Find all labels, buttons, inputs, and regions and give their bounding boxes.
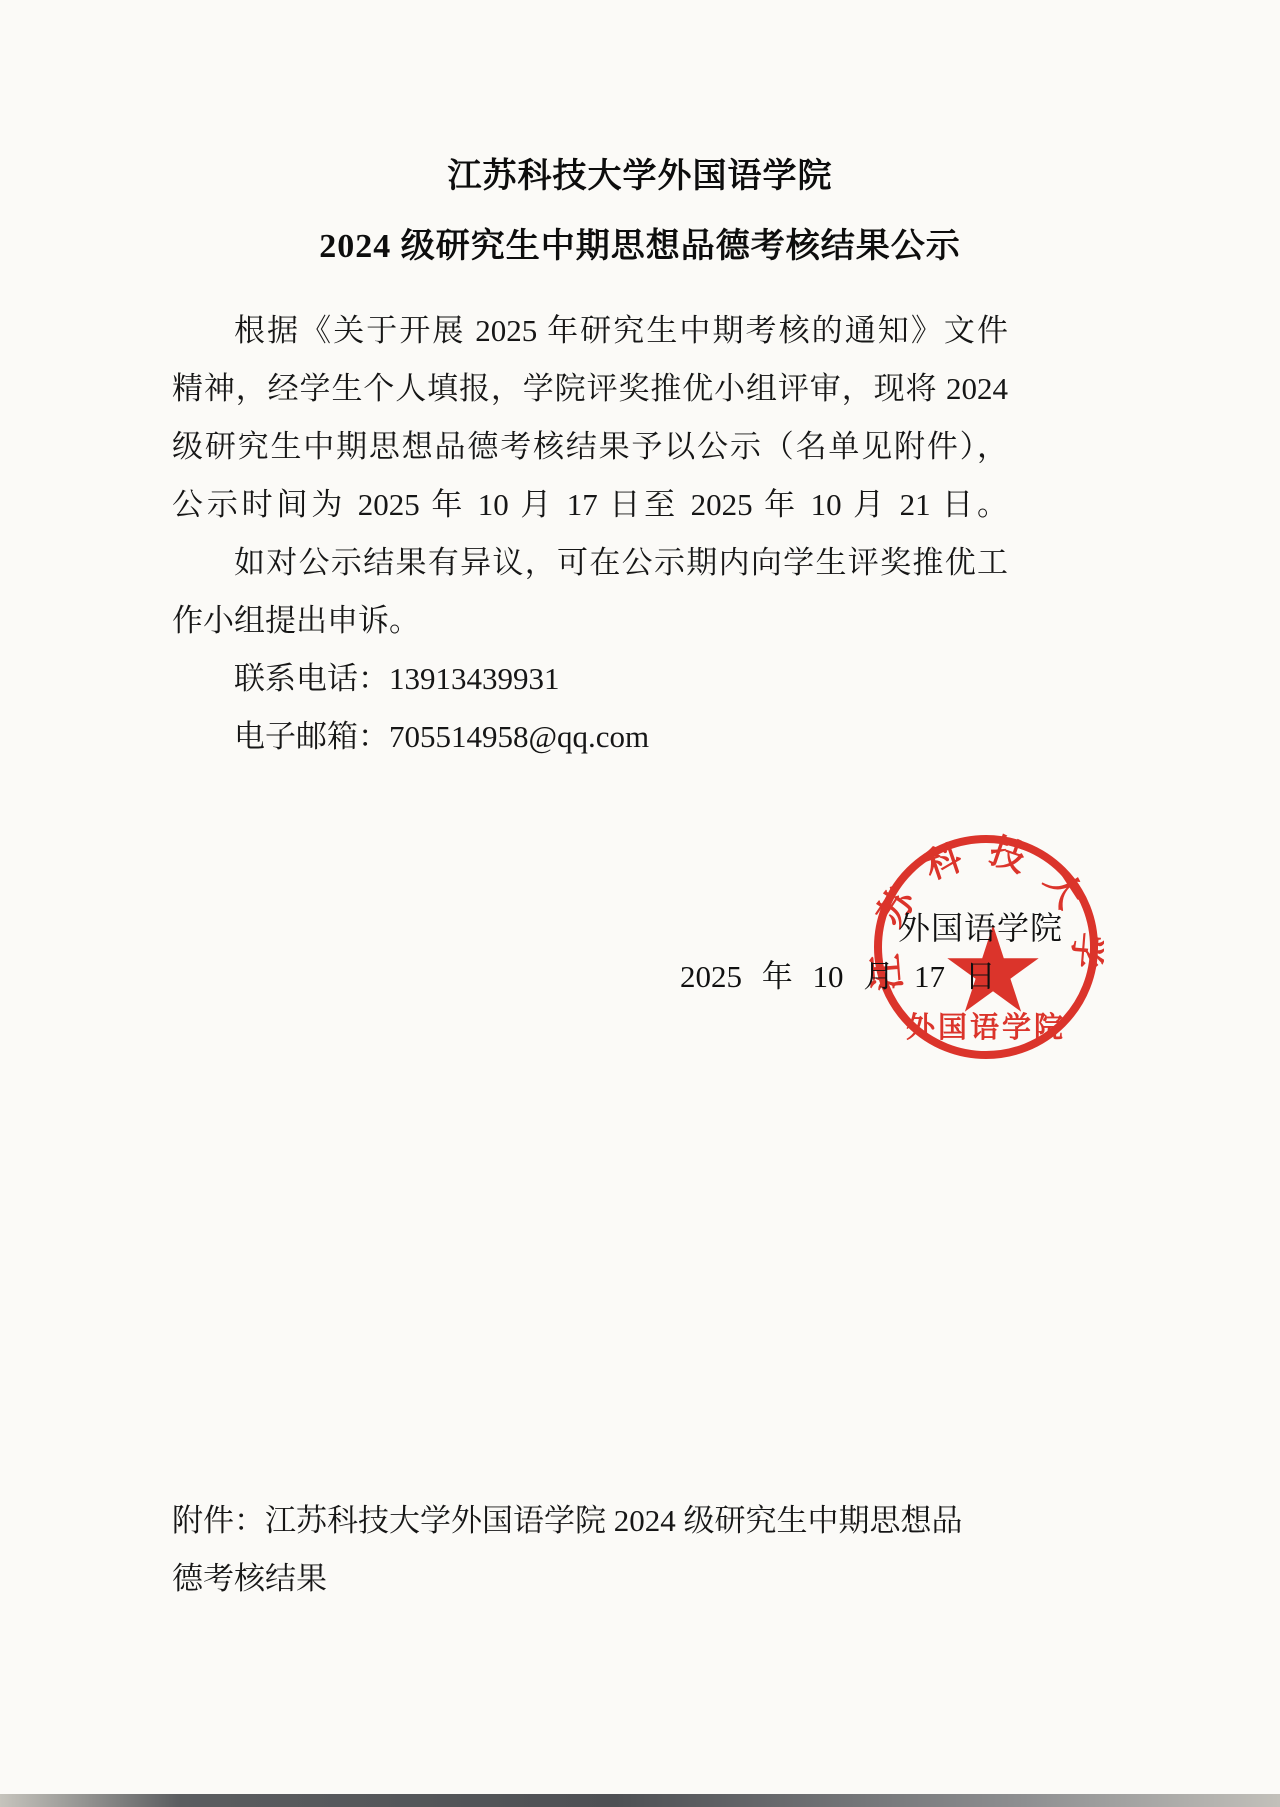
scan-bottom-edge: [0, 1794, 1280, 1807]
paragraph-1-line-3: 级研究生中期思想品德考核结果予以公示（名单见附件），: [172, 418, 1008, 476]
document-title-line2: 2024 级研究生中期思想品德考核结果公示: [0, 218, 1280, 267]
contact-email: 电子邮箱：705514958@qq.com: [172, 708, 1008, 766]
paragraph-1: 根据《关于开展 2025 年研究生中期考核的通知》文件 精神，经学生个人填报，学…: [172, 302, 1008, 534]
paragraph-2: 如对公示结果有异议，可在公示期内向学生评奖推优工 作小组提出申诉。: [172, 534, 1008, 650]
paragraph-1-line-1: 根据《关于开展 2025 年研究生中期考核的通知》文件: [172, 302, 1008, 360]
paragraph-1-line-2: 精神，经学生个人填报，学院评奖推优小组评审，现将 2024: [172, 360, 1008, 418]
seal-bottom-text: 外国语学院: [906, 1011, 1066, 1044]
notice-document-page: 江苏科技大学外国语学院 2024 级研究生中期思想品德考核结果公示 根据《关于开…: [0, 0, 1280, 1807]
attachment-line-2: 德考核结果: [172, 1550, 1012, 1608]
paragraph-2-line-2: 作小组提出申诉。: [172, 592, 1008, 650]
signature-date: 2025 年 10 月 17 日: [680, 951, 996, 996]
contact-phone: 联系电话：13913439931: [172, 650, 1008, 708]
document-title-line1: 江苏科技大学外国语学院: [0, 148, 1280, 197]
signature-college: 外国语学院: [898, 903, 1063, 949]
attachment-line-1: 附件：江苏科技大学外国语学院 2024 级研究生中期思想品: [172, 1492, 1012, 1550]
contact-block: 联系电话：13913439931 电子邮箱：705514958@qq.com: [172, 650, 1008, 766]
attachment-block: 附件：江苏科技大学外国语学院 2024 级研究生中期思想品 德考核结果: [172, 1492, 1012, 1608]
paragraph-1-line-4: 公示时间为 2025 年 10 月 17 日至 2025 年 10 月 21 日…: [172, 476, 1008, 534]
paragraph-2-line-1: 如对公示结果有异议，可在公示期内向学生评奖推优工: [172, 534, 1008, 592]
